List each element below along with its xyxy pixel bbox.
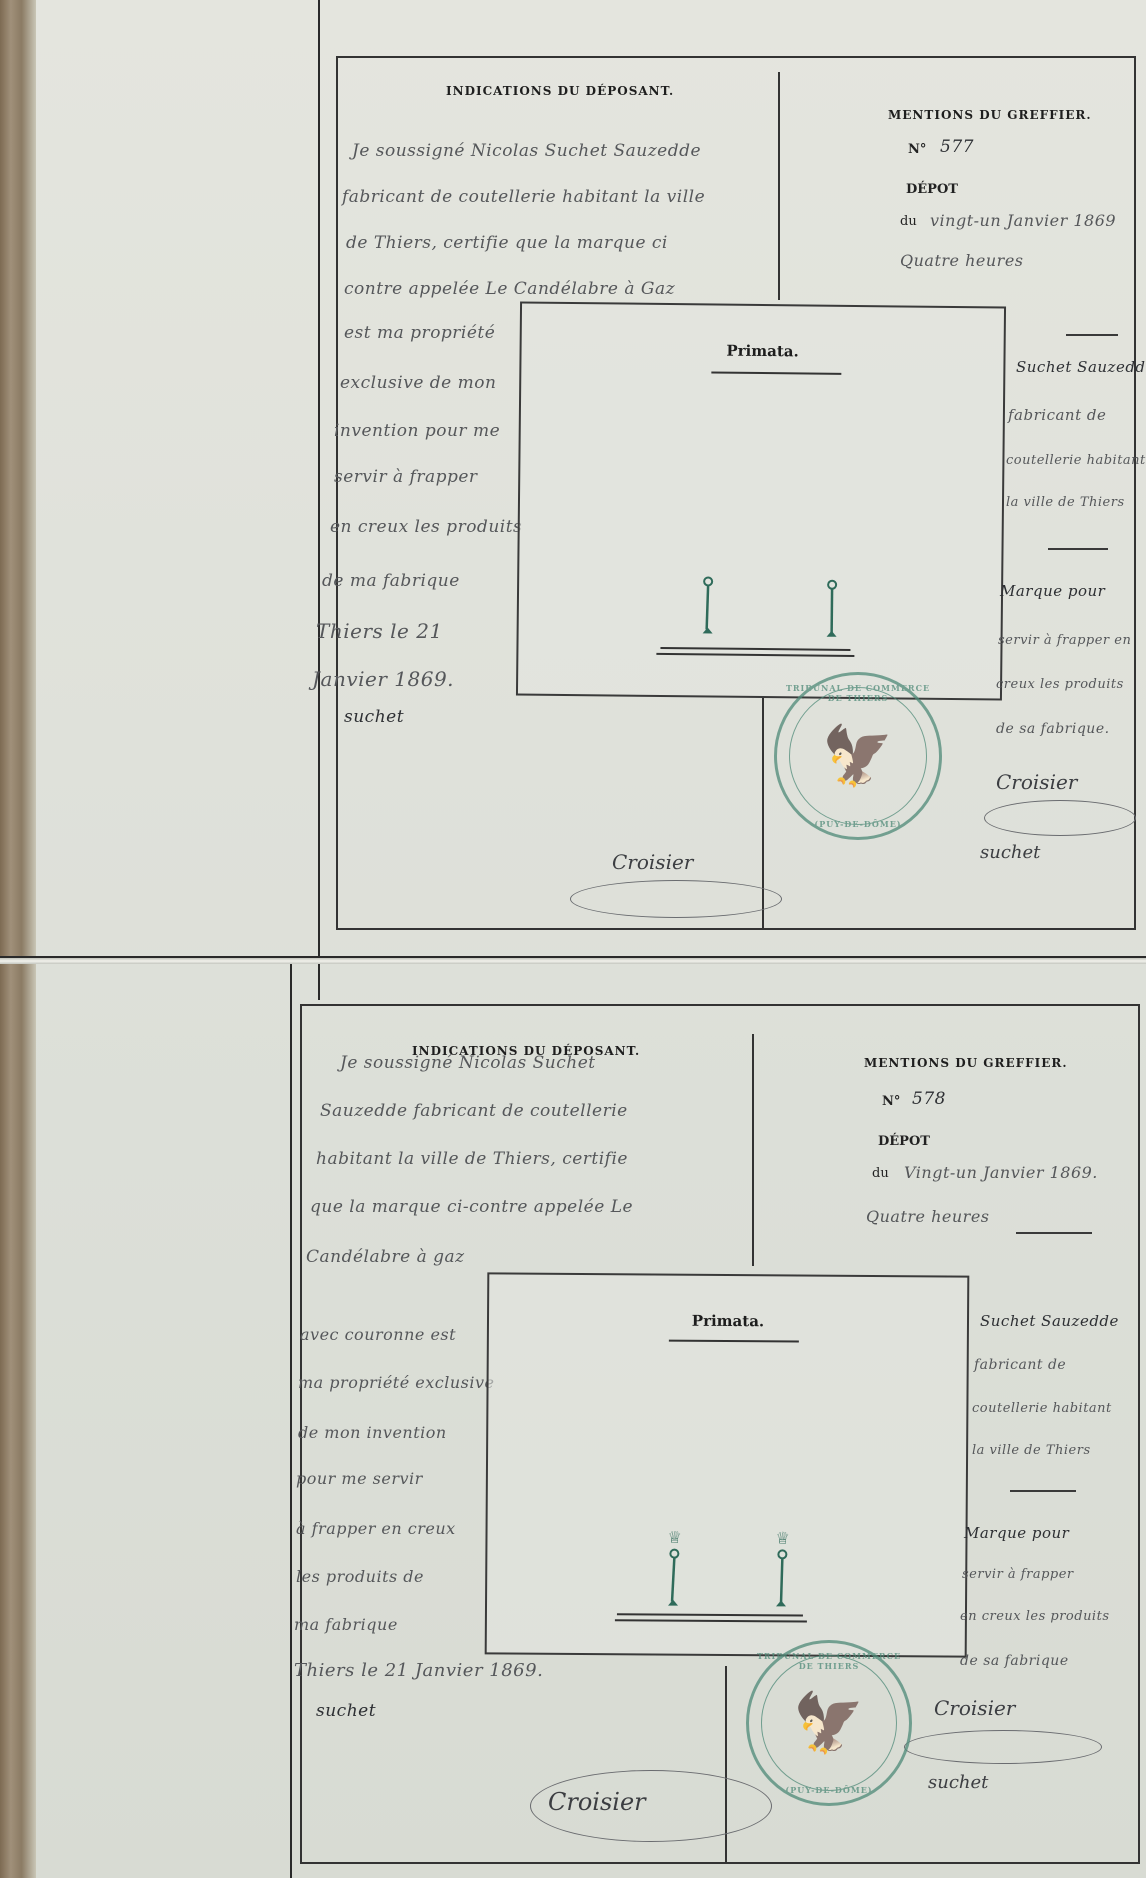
crown-icon: ♕ xyxy=(775,1528,789,1547)
declaration-line: avec couronne est xyxy=(300,1314,456,1356)
registrar-signature: Croisier xyxy=(996,770,1077,794)
depot-date: vingt-un Janvier 1869 xyxy=(930,200,1116,242)
declaration-line: en creux les produits xyxy=(330,506,522,548)
declaration-line: de mon invention xyxy=(298,1412,447,1454)
declaration-line: ma fabrique xyxy=(294,1604,398,1646)
bottom-registrar-signature: Croisier xyxy=(612,850,693,874)
declaration-line: Je soussigné Nicolas Suchet Sauzedde xyxy=(352,130,701,172)
du-label: du xyxy=(872,1166,889,1181)
declaration-line: est ma propriété xyxy=(344,312,495,354)
declarant-countersignature: suchet xyxy=(928,1772,988,1793)
declaration-line: Thiers le 21 Janvier 1869. xyxy=(294,1650,543,1692)
registrar-note-line: Suchet Sauzedde xyxy=(980,1300,1119,1342)
registrar-note-line: fabricant de xyxy=(974,1344,1066,1386)
rule xyxy=(1010,1490,1076,1492)
registrar-header: MENTIONS DU GREFFIER. xyxy=(888,108,1092,122)
stamp-top-text: TRIBUNAL DE COMMERCE DE THIERS xyxy=(777,683,939,703)
du-label: du xyxy=(900,214,917,229)
registrar-note-line: coutellerie habitant xyxy=(1006,440,1146,482)
signature-flourish xyxy=(984,800,1136,836)
gas-candelabra-icon xyxy=(775,1548,789,1608)
registrar-note-line: fabricant de xyxy=(1008,394,1106,436)
declarant-signature: suchet xyxy=(316,1690,376,1732)
declaration-line: de Thiers, certifie que la marque ci xyxy=(346,222,668,264)
depot-date: Vingt-un Janvier 1869. xyxy=(904,1152,1098,1194)
signature-flourish xyxy=(530,1770,772,1842)
declaration-line: Janvier 1869. xyxy=(312,658,454,700)
registrar-note-line: servir à frapper xyxy=(962,1554,1074,1596)
depositor-header: INDICATIONS DU DÉPOSANT. xyxy=(446,84,674,98)
number-value: 578 xyxy=(912,1078,946,1120)
signature-flourish xyxy=(570,880,782,918)
rule xyxy=(1016,1232,1092,1234)
registrar-note-line: Suchet Sauzedde xyxy=(1016,346,1146,388)
entry-578: INDICATIONS DU DÉPOSANT. MENTIONS DU GRE… xyxy=(0,960,1146,1878)
number-value: 577 xyxy=(940,126,974,168)
depot-label: DÉPOT xyxy=(906,182,958,197)
rule xyxy=(1048,548,1108,550)
gas-candelabra-icon xyxy=(825,579,840,639)
base-rule xyxy=(615,1619,807,1622)
declaration-line: Je soussigné Nicolas Suchet xyxy=(340,1042,596,1084)
eagle-icon: 🦅 xyxy=(793,1689,865,1758)
registrar-note-line: Marque pour xyxy=(964,1512,1069,1554)
eagle-icon: 🦅 xyxy=(822,722,894,791)
trademark-box: Primata. xyxy=(516,301,1006,700)
crown-icon: ♕ xyxy=(667,1528,681,1547)
title-underline xyxy=(669,1340,799,1342)
declaration-line: à frapper en creux xyxy=(296,1508,456,1550)
declaration-line: fabricant de coutellerie habitant la vil… xyxy=(342,176,705,218)
registrar-note-line: creux les produits xyxy=(996,664,1124,706)
registrar-note-line: servir à frapper en xyxy=(998,620,1131,662)
base-rule xyxy=(656,653,854,657)
declaration-line: servir à frapper xyxy=(334,456,478,498)
trademark-title: Primata. xyxy=(521,339,1003,362)
base-rule xyxy=(660,647,850,650)
court-stamp: TRIBUNAL DE COMMERCE DE THIERS 🦅 (PUY-DE… xyxy=(746,1640,912,1806)
registrar-header: MENTIONS DU GREFFIER. xyxy=(864,1056,1068,1070)
base-rule xyxy=(617,1613,803,1616)
gas-candelabra-icon xyxy=(667,1548,681,1608)
stamp-top-text: TRIBUNAL DE COMMERCE DE THIERS xyxy=(749,1651,909,1671)
column-divider xyxy=(752,1034,754,1266)
declaration-line: invention pour me xyxy=(334,410,500,452)
declaration-line: Candélabre à gaz xyxy=(306,1236,465,1278)
declaration-line: Thiers le 21 xyxy=(316,610,443,652)
number-label: N° xyxy=(882,1094,900,1109)
depot-time: Quatre heures xyxy=(900,240,1024,282)
declaration-line: habitant la ville de Thiers, certifie xyxy=(316,1138,628,1180)
declaration-line: ma propriété exclusive xyxy=(298,1362,495,1404)
declaration-line: les produits de xyxy=(296,1556,424,1598)
depot-label: DÉPOT xyxy=(878,1134,930,1149)
registrar-note-line: Marque pour xyxy=(1000,570,1105,612)
declaration-line: Sauzedde fabricant de coutellerie xyxy=(320,1090,628,1132)
number-label: N° xyxy=(908,142,926,157)
trademark-title: Primata. xyxy=(489,1310,967,1331)
registrar-note-line: la ville de Thiers xyxy=(972,1430,1091,1472)
registrar-signature: Croisier xyxy=(934,1696,1015,1720)
register-page: INDICATIONS DU DÉPOSANT. MENTIONS DU GRE… xyxy=(0,0,1146,1878)
court-stamp: TRIBUNAL DE COMMERCE DE THIERS 🦅 (PUY-DE… xyxy=(774,672,942,840)
declaration-line: exclusive de mon xyxy=(340,362,496,404)
declarant-signature: suchet xyxy=(344,696,404,738)
stamp-bottom-text: (PUY-DE-DÔME) xyxy=(777,819,939,829)
declaration-line: que la marque ci-contre appelée Le xyxy=(310,1186,633,1228)
fold-line xyxy=(0,956,1146,958)
title-underline xyxy=(711,371,841,374)
rule xyxy=(1066,334,1118,336)
declarant-countersignature: suchet xyxy=(980,842,1040,863)
registrar-note-line: en creux les produits xyxy=(960,1596,1110,1638)
entry-577: INDICATIONS DU DÉPOSANT. MENTIONS DU GRE… xyxy=(0,0,1146,950)
column-divider xyxy=(778,72,780,300)
signature-flourish xyxy=(904,1730,1102,1764)
registrar-note-line: la ville de Thiers xyxy=(1006,482,1125,524)
stamp-bottom-text: (PUY-DE-DÔME) xyxy=(749,1785,909,1795)
declaration-line: pour me servir xyxy=(296,1458,423,1500)
registrar-note-line: de sa fabrique xyxy=(960,1640,1069,1682)
declaration-line: de ma fabrique xyxy=(322,560,460,602)
depot-time: Quatre heures xyxy=(866,1196,990,1238)
gas-candelabra-icon xyxy=(701,575,716,635)
trademark-box: Primata. ♕ ♕ xyxy=(485,1272,970,1657)
registrar-note-line: coutellerie habitant xyxy=(972,1388,1112,1430)
registrar-note-line: de sa fabrique. xyxy=(996,708,1110,750)
